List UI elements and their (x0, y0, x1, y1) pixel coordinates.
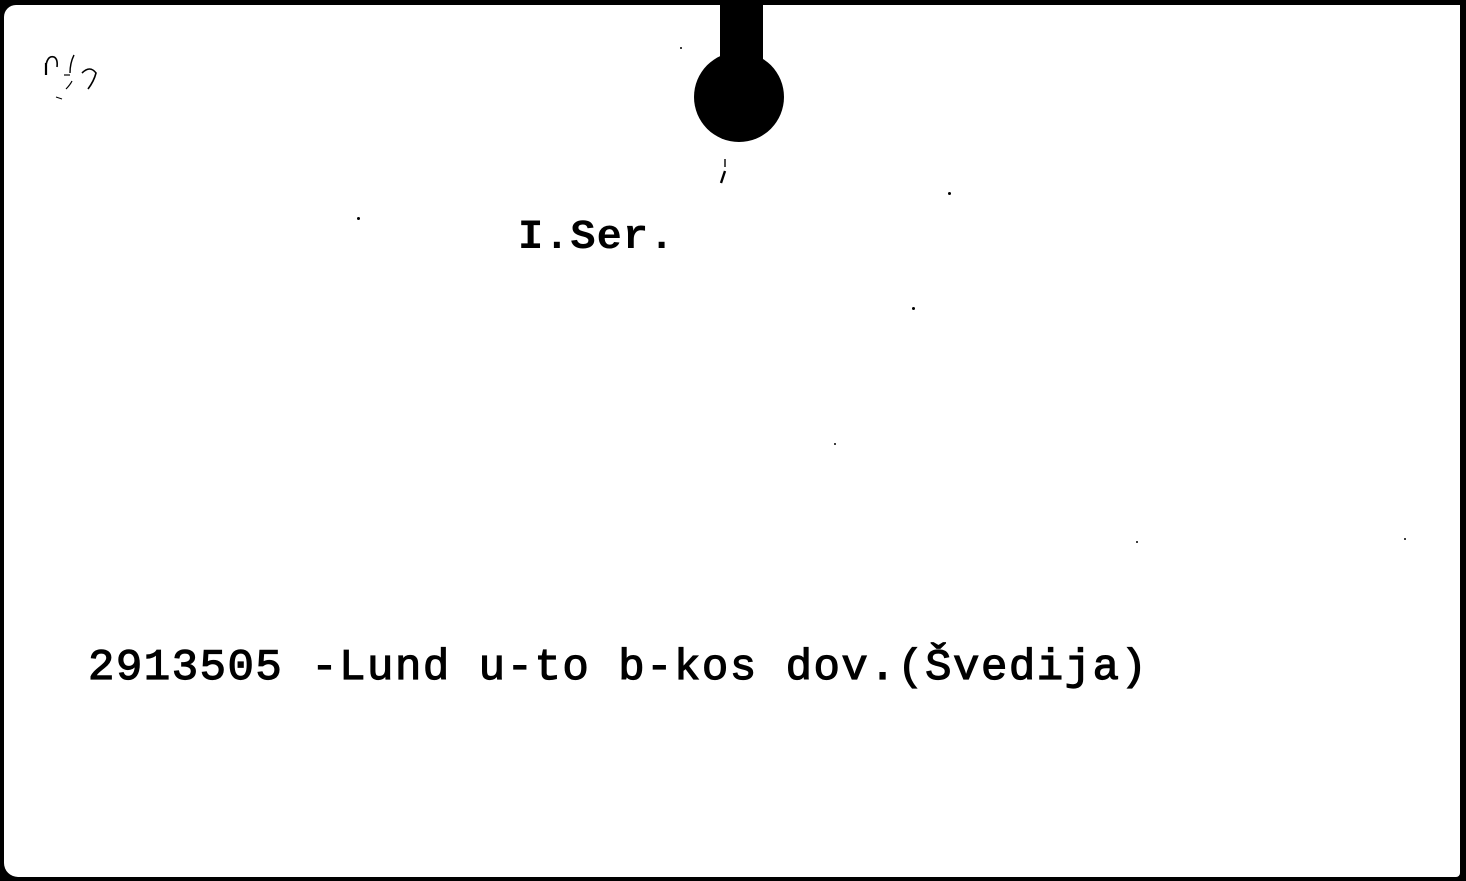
scan-speck (912, 307, 915, 310)
entry-number: 2913505 (88, 643, 283, 693)
scan-speck (1136, 541, 1138, 543)
scan-speck (948, 192, 951, 195)
pencil-tick-mark (718, 157, 730, 187)
scan-speck (357, 217, 360, 220)
entry-text: -Lund u-to b-kos dov.(Švedija) (283, 643, 1148, 693)
scan-speck (1404, 538, 1406, 540)
scan-speck (834, 443, 836, 445)
scan-speck (680, 47, 682, 49)
series-label: I.Ser. (518, 213, 675, 261)
handwritten-annotation-mark (40, 45, 110, 105)
scanned-index-card: I.Ser. 2913505 -Lund u-to b-kos dov.(Šve… (0, 0, 1466, 881)
card-entry: 2913505 -Lund u-to b-kos dov.(Švedija) (88, 643, 1148, 693)
punch-hole (694, 52, 784, 142)
